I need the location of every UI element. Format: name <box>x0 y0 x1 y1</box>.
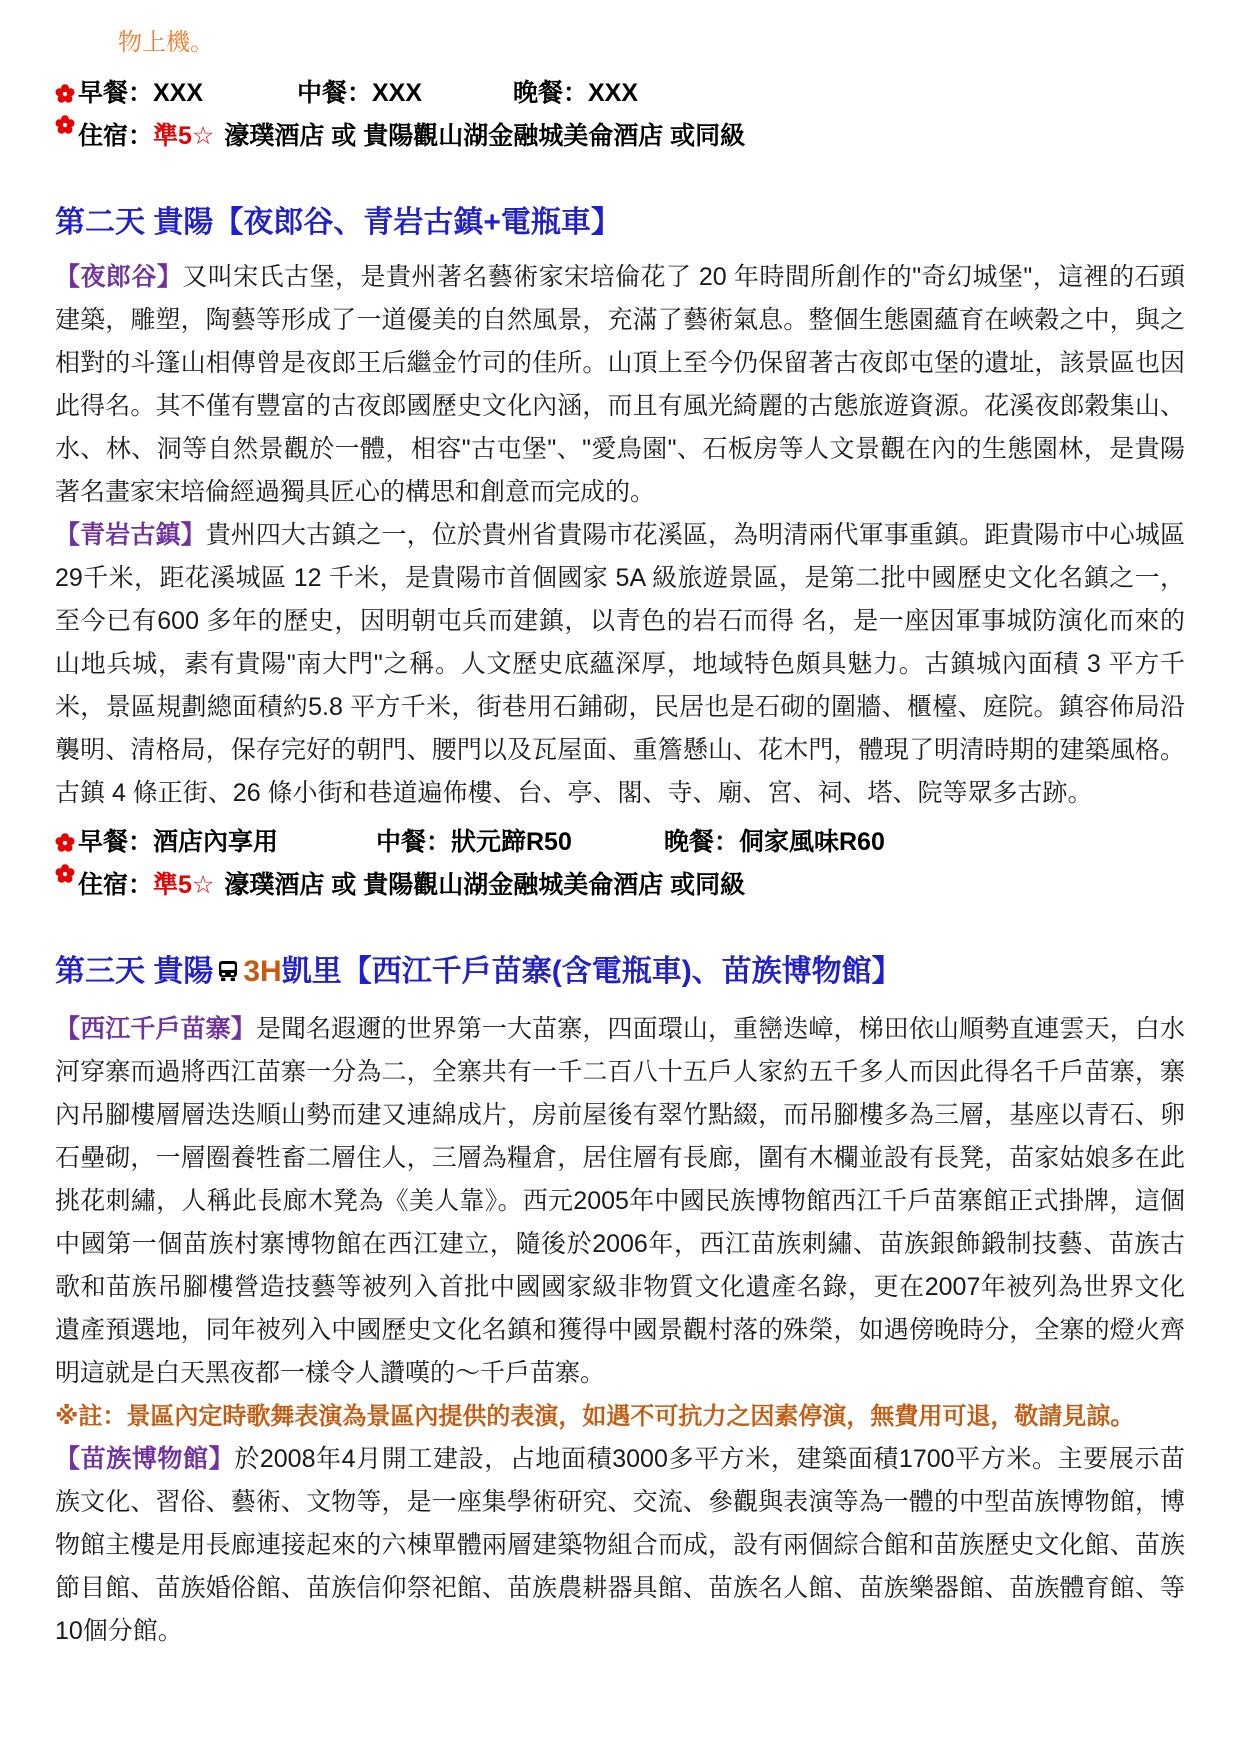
hotel-names: 濠璞酒店 或 貴陽觀山湖金融城美侖酒店 或同級 <box>224 864 745 907</box>
meal-line: 早餐：XXX 中餐：XXX 晚餐：XXX <box>55 72 1185 115</box>
itinerary-page: 物上機。 早餐：XXX 中餐：XXX 晚餐：XXX <box>0 0 1241 1755</box>
flower-icon <box>55 864 75 884</box>
spot-tag-yelanggu: 【夜郎谷】 <box>55 263 182 291</box>
meal-dinner: 晚餐：侗家風味R60 <box>664 821 885 864</box>
spot-text-yelanggu: 又叫宋氏古堡，是貴州著名藝術家宋培倫花了 20 年時間所創作的"奇幻城堡"，這裡… <box>55 263 1185 506</box>
meal-breakfast: 早餐：酒店內享用 <box>55 821 376 864</box>
hotel-line: 住宿： 準5☆ 濠璞酒店 或 貴陽觀山湖金融城美侖酒店 或同級 <box>55 864 1185 907</box>
hotel-line: 住宿： 準5☆ 濠璞酒店 或 貴陽觀山湖金融城美侖酒店 或同級 <box>55 115 1185 158</box>
hotel-names: 濠璞酒店 或 貴陽觀山湖金融城美侖酒店 或同級 <box>224 115 745 158</box>
meal-breakfast: 早餐：XXX <box>55 72 297 115</box>
flower-icon <box>55 833 75 853</box>
bus-icon <box>215 954 241 996</box>
hotel-label: 住宿： <box>78 864 153 907</box>
meal-breakfast-label: 早餐：酒店內享用 <box>78 821 278 864</box>
meal-breakfast-label: 早餐：XXX <box>78 72 203 115</box>
meal-dinner: 晚餐：XXX <box>513 72 638 115</box>
flower-icon <box>55 115 75 135</box>
spot-tag-xijiang: 【西江千戶苗寨】 <box>55 1015 256 1043</box>
hotel-grade: 準5☆ <box>153 864 214 907</box>
meal-line: 早餐：酒店內享用 中餐：狀元蹄R50 晚餐：侗家風味R60 <box>55 821 1185 864</box>
spot-tag-museum: 【苗族博物館】 <box>55 1445 234 1473</box>
hotel-grade: 準5☆ <box>153 115 214 158</box>
meal-lunch: 中餐：狀元蹄R50 <box>376 821 664 864</box>
bus-duration: 3H <box>243 955 281 988</box>
performance-note: ※註：景區內定時歌舞表演為景區內提供的表演，如遇不可抗力之因素停演，無費用可退，… <box>55 1395 1185 1438</box>
day3-heading-prefix: 第三天 貴陽 <box>55 955 213 988</box>
day2-paragraph-yelanggu: 【夜郎谷】又叫宋氏古堡，是貴州著名藝術家宋培倫花了 20 年時間所創作的"奇幻城… <box>55 256 1185 514</box>
continuation-text: 物上機。 <box>118 26 1185 60</box>
day3-paragraph-museum: 【苗族博物館】於2008年4月開工建設，占地面積3000多平方米，建築面積170… <box>55 1438 1185 1653</box>
spot-text-xijiang: 是聞名遐邇的世界第一大苗寨，四面環山，重巒迭嶂，梯田依山順勢直連雲天，白水河穿寨… <box>55 1015 1185 1387</box>
hotel-label: 住宿： <box>78 115 153 158</box>
day2-heading: 第二天 貴陽【夜郎谷、青岩古鎮+電瓶車】 <box>55 202 1185 244</box>
day3-heading: 第三天 貴陽 3H凱里【西江千戶苗寨(含電瓶車)、苗族博物館】 <box>55 951 1185 996</box>
spot-tag-qingyan: 【青岩古鎮】 <box>55 521 206 549</box>
meal-lunch: 中餐：XXX <box>297 72 513 115</box>
spot-text-qingyan: 貴州四大古鎮之一，位於貴州省貴陽市花溪區，為明清兩代軍事重鎮。距貴陽市中心城區 … <box>55 521 1185 807</box>
day3-paragraph-xijiang: 【西江千戶苗寨】是聞名遐邇的世界第一大苗寨，四面環山，重巒迭嶂，梯田依山順勢直連… <box>55 1008 1185 1395</box>
day2-paragraph-qingyan: 【青岩古鎮】貴州四大古鎮之一，位於貴州省貴陽市花溪區，為明清兩代軍事重鎮。距貴陽… <box>55 514 1185 815</box>
flower-icon <box>55 84 75 104</box>
day3-heading-suffix: 凱里【西江千戶苗寨(含電瓶車)、苗族博物館】 <box>282 955 902 988</box>
spot-text-museum: 於2008年4月開工建設，占地面積3000多平方米，建築面積1700平方米。主要… <box>55 1445 1185 1645</box>
